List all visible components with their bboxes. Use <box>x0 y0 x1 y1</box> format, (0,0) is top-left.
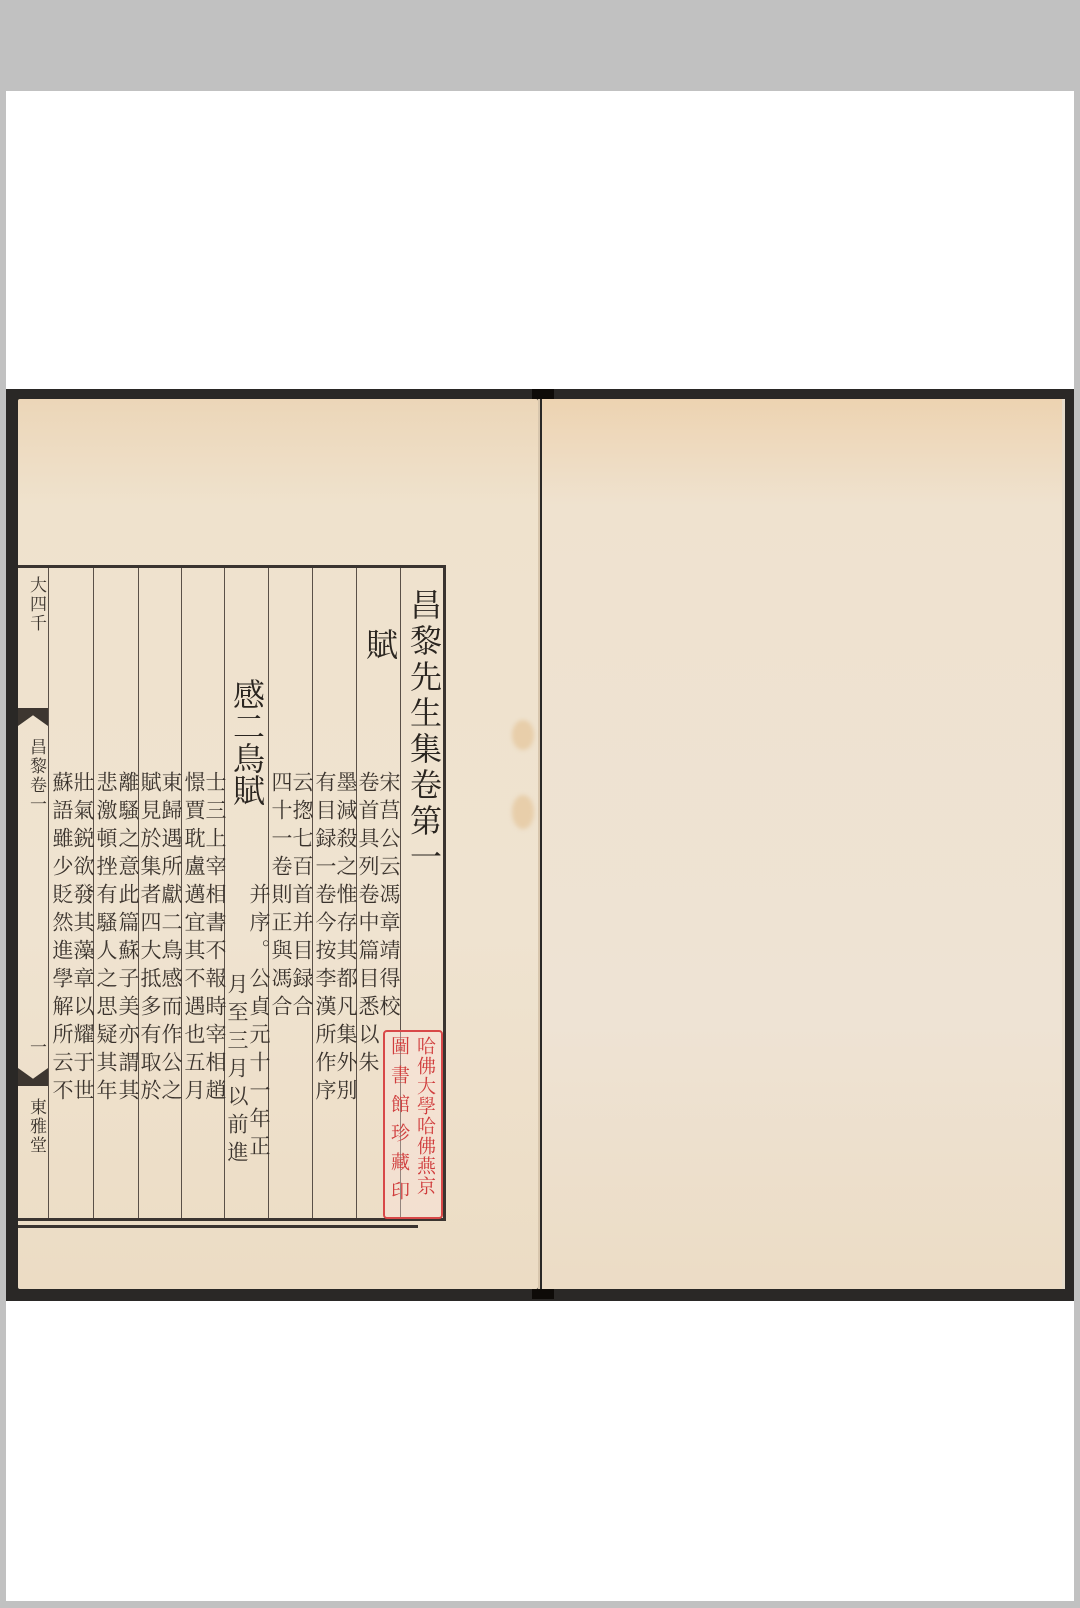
paper-stain <box>512 795 534 829</box>
library-seal: 哈佛大學哈佛燕京 圖書館珍藏印 <box>383 1030 443 1219</box>
commentary-line: 壯氣鋭欲發其藻章以耀于世 <box>72 771 94 1107</box>
fold-column: 大四千 昌黎卷一 一 東雅堂 <box>18 568 49 1218</box>
commentary-line: 并序。公貞元十一年正 <box>248 883 270 1163</box>
commentary-line: 東歸遇所獻二鳥感而作公之 <box>160 771 182 1107</box>
commentary-line: 士三上宰相書不報時宰相趙 <box>204 771 226 1107</box>
printed-border-bottom <box>18 1225 418 1228</box>
commentary-line: 宋莒公云馮章靖得校 <box>378 771 400 1023</box>
fold-top-text: 大四千 <box>24 576 49 633</box>
commentary-line: 云揔七百首并目録合 <box>291 771 313 1023</box>
printed-border-frame: 大四千 昌黎卷一 一 東雅堂 昌黎先生集卷第一 賦 宋莒公云馮章靖得校 卷首具列… <box>18 565 446 1221</box>
seal-text-right: 哈佛大學哈佛燕京 <box>414 1036 436 1196</box>
paper-stain <box>512 720 534 750</box>
commentary-line: 蘇語雖少貶然進學解所云不 <box>51 771 73 1107</box>
commentary-line: 悲激頓挫有騷人之思疑其年 <box>95 771 117 1107</box>
fold-publisher-text: 東雅堂 <box>24 1098 49 1155</box>
gutter-top <box>532 389 554 399</box>
volume-title: 昌黎先生集卷第一 <box>406 588 442 876</box>
fishtail-lower-icon <box>18 1068 48 1086</box>
fold-volume-text: 昌黎卷一 <box>24 738 49 814</box>
fold-page-number: 一 <box>24 1038 49 1057</box>
commentary-line: 四十一卷則正與馮合 <box>270 771 292 1023</box>
commentary-line: 月至三月以前進 <box>226 973 248 1169</box>
column-divider <box>48 568 49 1218</box>
commentary-line: 有目録一卷今按李漢所作序 <box>314 771 336 1107</box>
seal-text-left: 圖書館珍藏印 <box>388 1036 410 1210</box>
gutter-fold-line <box>538 399 540 1289</box>
commentary-line: 墨減殺之惟存其都凡集外別 <box>335 771 357 1107</box>
commentary-line: 賦見於集者四大抵多有取於 <box>139 771 161 1107</box>
commentary-line: 憬賈耽盧邁宜其不遇也五月 <box>183 771 205 1107</box>
piece-title: 感二鳥賦 <box>229 678 265 806</box>
right-page-blank <box>542 399 1065 1289</box>
gutter-bottom <box>532 1289 554 1299</box>
commentary-line: 卷首具列卷中篇目悉以朱 <box>357 771 379 1079</box>
section-heading: 賦 <box>362 628 398 660</box>
commentary-line: 離騷之意此篇蘇子美亦謂其 <box>117 771 139 1107</box>
fishtail-upper-icon <box>18 708 48 726</box>
